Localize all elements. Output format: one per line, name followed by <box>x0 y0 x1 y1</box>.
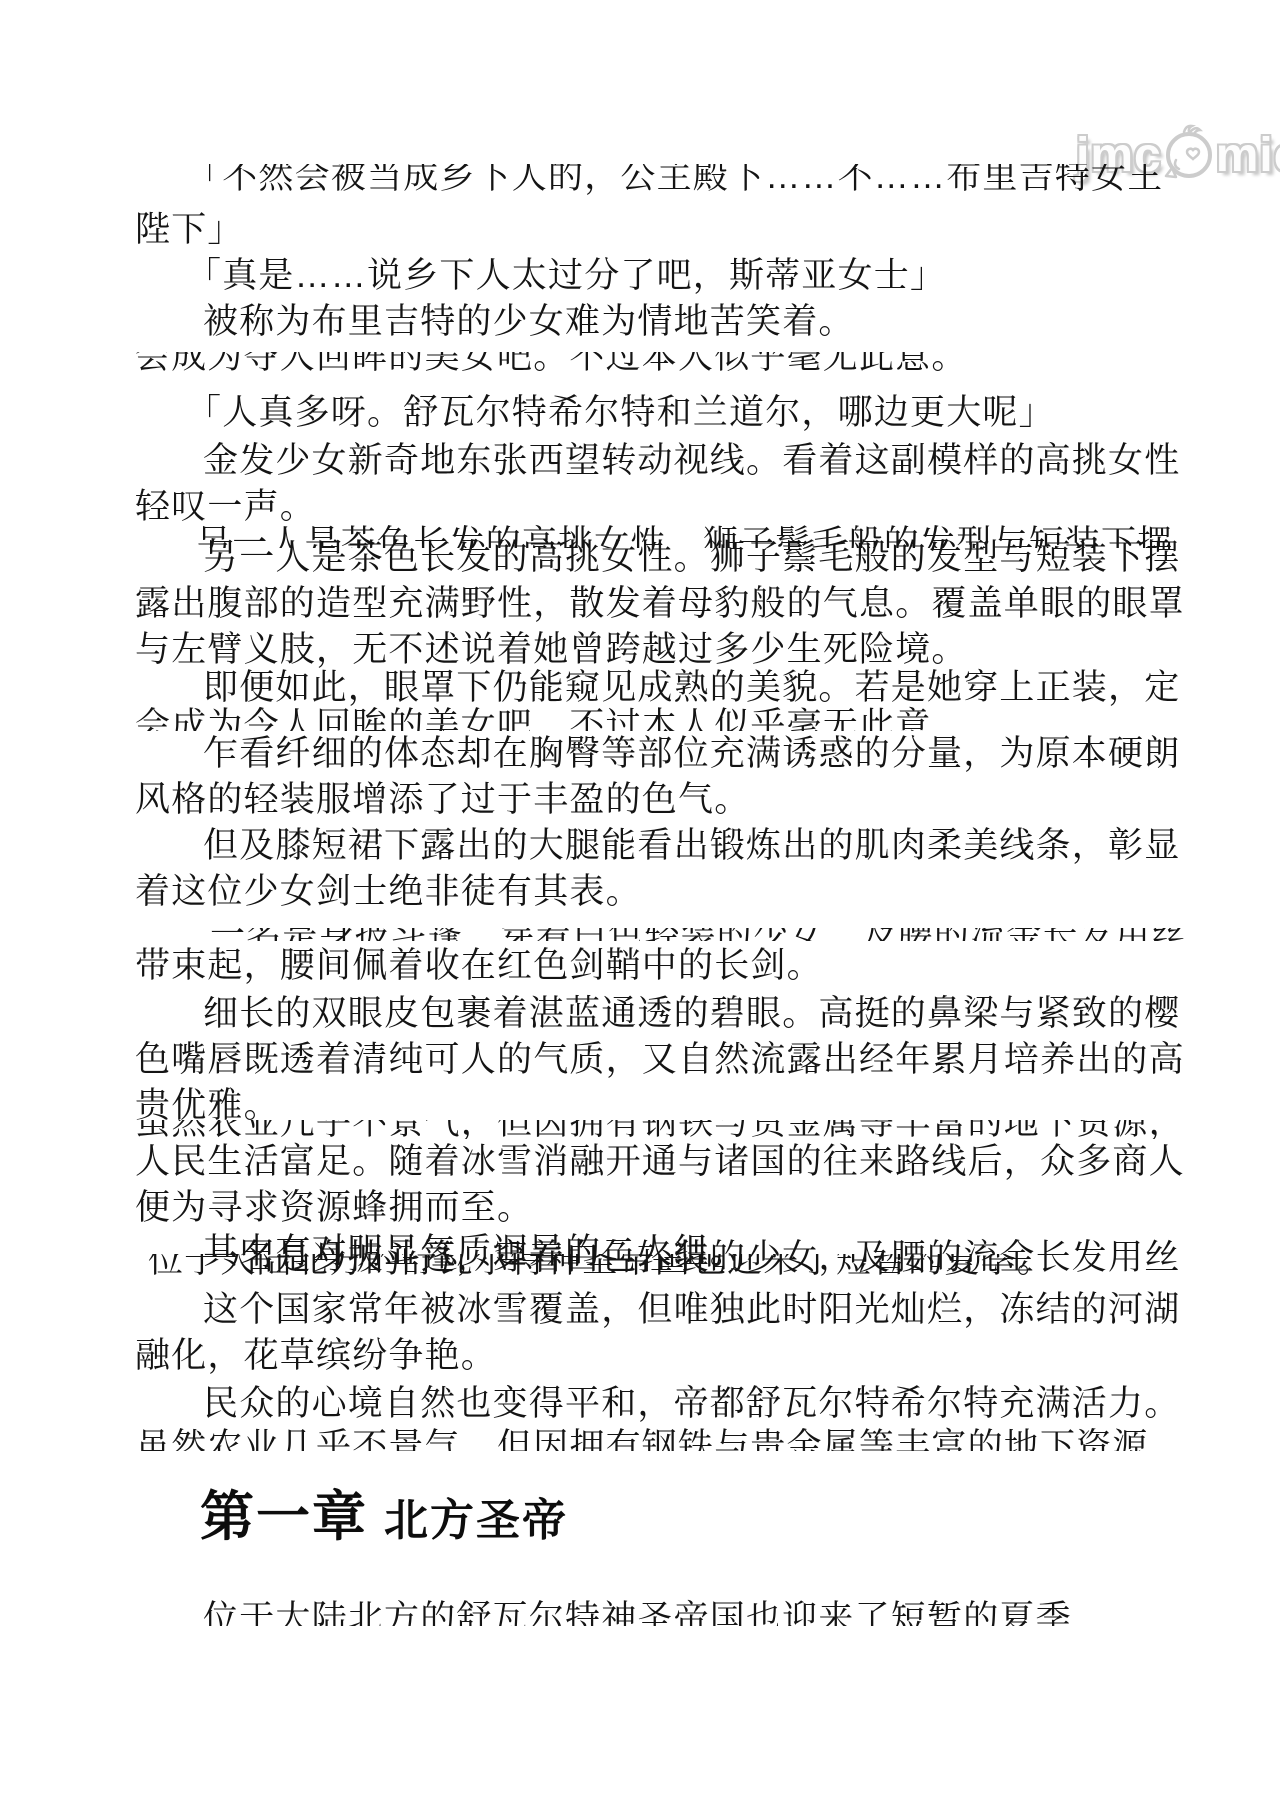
text-line: 这个国家常年被冰雪覆盖，但唯独此时阳光灿烂，冻结的河湖 <box>203 1290 1180 1330</box>
text-line: 露出腹部的造型充满野性，散发着母豹般的气息。覆盖单眼的眼罩 <box>135 584 1185 624</box>
text-line: 即便如此，眼罩下仍能窥见成熟的美貌。若是她穿上正装，定 <box>203 668 1180 708</box>
text-line: 「人真多呀。舒瓦尔特希尔特和兰道尔，哪边更大呢」 <box>186 393 1055 433</box>
text-line: 风格的轻装服增添了过于丰盈的色气。 <box>135 780 750 820</box>
text-line: 陛下」 <box>135 210 244 250</box>
novel-page: jmc mic 「不然会被当成乡下人的，公主殿下……不……布里吉特女王 陛下」 … <box>0 0 1280 1809</box>
text-line-clipped: 会成为夺人回眸的美女吧。不过本人似乎毫无此意。 <box>135 352 1245 378</box>
text-line: 一名是身披斗篷，穿着白色轻装的少女，及腰的流金长发用丝 <box>210 928 1280 941</box>
chapter-title: 北方圣帝 <box>384 1484 568 1548</box>
text-line-clipped: 位于大陆北方的舒瓦尔特神圣帝国也迎来了短暂的夏季 <box>203 1599 1280 1626</box>
text-line: 乍看纤细的体态却在胸臀等部位充满诱惑的分量，为原本硬朗 <box>203 734 1180 774</box>
text-line: 另一人是茶色长发的高挑女性。狮子鬃毛般的发型与短装下摆 <box>203 538 1180 578</box>
text-line: 人民生活富足。随着冰雪消融开通与诸国的往来路线后，众多商人 <box>135 1142 1185 1182</box>
text-line: 会成为夺人回眸的美女吧。不过本人似乎毫无此意。 <box>135 352 1245 377</box>
text-line: 位于大陆北方的舒瓦尔特神圣帝国也迎来了短暂的夏季 <box>203 1599 1280 1626</box>
text-line: 轻叹一声。 <box>135 487 316 527</box>
text-line: 虽然农业几乎不景气，但因拥有钢铁与贵金属等丰富的地下资源， <box>135 1120 1245 1139</box>
text-line-sliver: 一名是身披斗篷，穿着白色轻装的少女，及腰的流金长发用丝 <box>210 928 1280 941</box>
text-line: 「真是……说乡下人太过分了吧，斯蒂亚女士」 <box>186 256 946 296</box>
text-line: 民众的心境自然也变得平和，帝都舒瓦尔特希尔特充满活力。 <box>203 1384 1180 1424</box>
text-line-clipped: 「不然会被当成乡下人的，公主殿下……不……布里吉特女王 <box>186 164 1280 204</box>
text-line: 位于大陆北方的舒瓦尔特神圣帝国也迎来了短暂的夏季。 <box>148 1254 1258 1280</box>
text-line: 被称为布里吉特的少女难为情地苦笑着。 <box>203 302 855 342</box>
text-line: 与左臂义肢，无不述说着她曾跨越过多少生死险境。 <box>135 630 968 670</box>
text-line-clipped: 虽然农业几乎不景气，但因拥有钢铁与贵金属等丰富的地下资源 <box>135 1427 1245 1451</box>
text-line-ghost: 位于大陆北方的舒瓦尔特神圣帝国也迎来了短暂的夏季。 <box>148 1254 1258 1280</box>
text-line: 金发少女新奇地东张西望转动视线。看着这副模样的高挑女性 <box>203 441 1180 481</box>
text-line: 着这位少女剑士绝非徒有其表。 <box>135 872 642 912</box>
chapter-heading: 第一章 北方圣帝 <box>200 1474 568 1551</box>
text-line: 「不然会被当成乡下人的，公主殿下……不……布里吉特女王 <box>186 164 1280 197</box>
text-line-clipped: 会成为令人回眸的美女吧，不过本人似乎毫无此意 <box>135 706 1245 731</box>
chapter-number: 第一章 <box>200 1474 368 1551</box>
text-line: 色嘴唇既透着清纯可人的气质，又自然流露出经年累月培养出的高 <box>135 1040 1185 1080</box>
text-line: 但及膝短裙下露出的大腿能看出锻炼出的肌肉柔美线条，彰显 <box>203 826 1180 866</box>
text-line: 虽然农业几乎不景气，但因拥有钢铁与贵金属等丰富的地下资源 <box>135 1427 1245 1451</box>
text-line-sliver: 虽然农业几乎不景气，但因拥有钢铁与贵金属等丰富的地下资源， <box>135 1120 1245 1139</box>
text-line: 融化，花草缤纷争艳。 <box>135 1336 497 1376</box>
text-line: 带束起，腰间佩着收在红色剑鞘中的长剑。 <box>135 946 823 986</box>
text-line: 会成为令人回眸的美女吧，不过本人似乎毫无此意 <box>135 706 1245 731</box>
text-line: 细长的双眼皮包裹着湛蓝通透的碧眼。高挺的鼻梁与紧致的樱 <box>203 994 1180 1034</box>
text-line: 便为寻求资源蜂拥而至。 <box>135 1188 533 1228</box>
